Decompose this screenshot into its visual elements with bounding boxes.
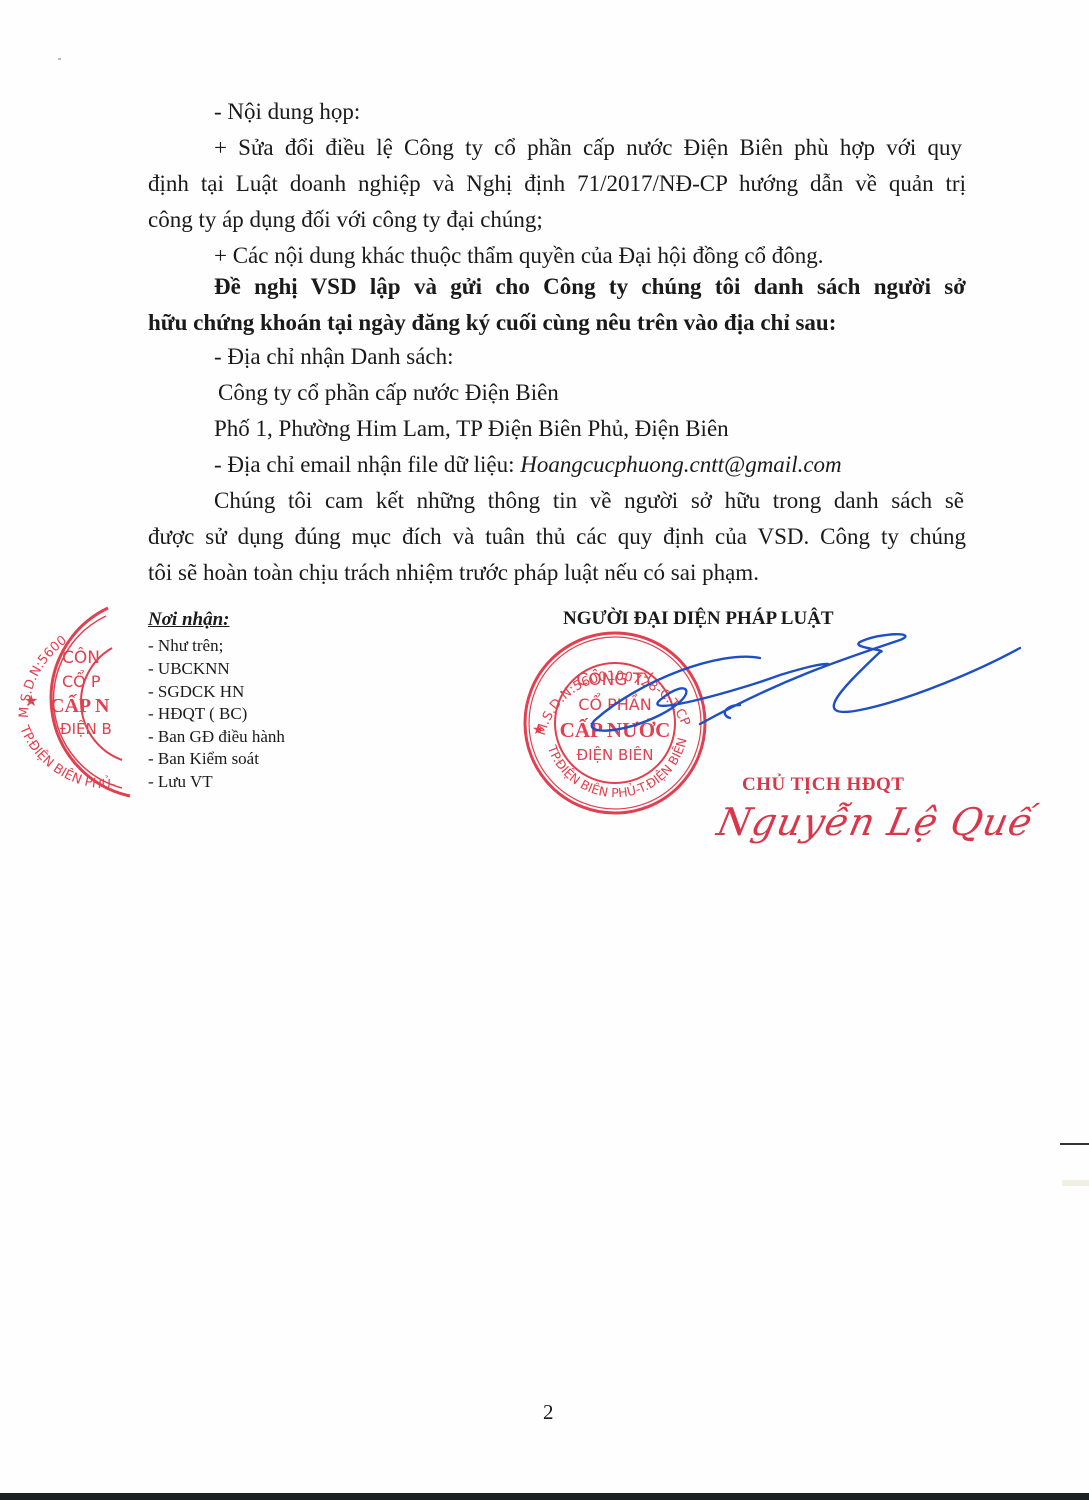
scan-speck — [58, 58, 61, 60]
svg-text:ĐIỆN BIÊN: ĐIỆN BIÊN — [577, 745, 654, 764]
commitment-line-1: Chúng tôi cam kết những thông tin về ngư… — [214, 486, 964, 516]
svg-text:★: ★ — [24, 693, 38, 710]
document-page: - Nội dung họp: + Sửa đổi điều lệ Công t… — [0, 0, 1089, 1500]
company-address: Phố 1, Phường Him Lam, TP Điện Biên Phủ,… — [214, 414, 729, 444]
svg-text:CỔ P: CỔ P — [62, 670, 101, 691]
meeting-content-label: - Nội dung họp: — [214, 97, 360, 127]
signatory-name: Nguyễn Lệ Quế — [713, 800, 1038, 844]
company-stamp-partial: M.S.D.N:5600 TP.ĐIỆN BIÊN PHỦ- ★ CÔN CỔ … — [0, 600, 140, 800]
svg-text:ĐIỆN B: ĐIỆN B — [60, 719, 112, 738]
svg-text:★: ★ — [532, 723, 545, 738]
company-name: Công ty cổ phần cấp nước Điện Biên — [218, 378, 559, 408]
scanner-bottom-edge — [0, 1493, 1089, 1500]
recipient-item: - Ban Kiểm soát — [148, 748, 259, 771]
agenda-item-1-line-3: công ty áp dụng đối với công ty đại chún… — [148, 205, 543, 235]
scan-edge-mark — [1060, 1143, 1089, 1145]
svg-text:CÔN: CÔN — [62, 646, 100, 668]
svg-text:CẤP N: CẤP N — [50, 693, 110, 717]
agenda-item-2: + Các nội dung khác thuộc thẩm quyền của… — [214, 241, 824, 271]
recipient-item: - Như trên; — [148, 635, 223, 658]
recipients-title: Nơi nhận: — [148, 609, 229, 631]
recipient-item: - SGDCK HN — [148, 681, 244, 704]
page-number: 2 — [543, 1400, 554, 1425]
handwritten-signature — [580, 620, 1040, 740]
address-label: - Địa chỉ nhận Danh sách: — [214, 342, 454, 372]
recipient-item: - Ban GĐ điều hành — [148, 726, 285, 749]
email-line: - Địa chỉ email nhận file dữ liệu: Hoang… — [214, 450, 842, 480]
email-label: - Địa chỉ email nhận file dữ liệu: — [214, 452, 520, 477]
agenda-item-1-line-2: định tại Luật doanh nghiệp và Nghị định … — [148, 169, 966, 199]
commitment-line-3: tôi sẽ hoàn toàn chịu trách nhiệm trước … — [148, 558, 759, 588]
scan-edge-shade — [1062, 1180, 1089, 1186]
recipient-item: - HĐQT ( BC) — [148, 703, 247, 726]
email-address: Hoangcucphuong.cntt@gmail.com — [520, 452, 841, 477]
agenda-item-1-line-1: + Sửa đổi điều lệ Công ty cổ phần cấp nư… — [214, 133, 962, 163]
recipient-item: - Lưu VT — [148, 771, 213, 794]
recipient-item: - UBCKNN — [148, 658, 230, 681]
request-line-1: Đề nghị VSD lập và gửi cho Công ty chúng… — [214, 272, 966, 302]
signatory-position: CHỦ TỊCH HĐQT — [742, 774, 904, 796]
request-line-2: hữu chứng khoán tại ngày đăng ký cuối cù… — [148, 308, 836, 338]
commitment-line-2: được sử dụng đúng mục đích và tuân thủ c… — [148, 522, 966, 552]
